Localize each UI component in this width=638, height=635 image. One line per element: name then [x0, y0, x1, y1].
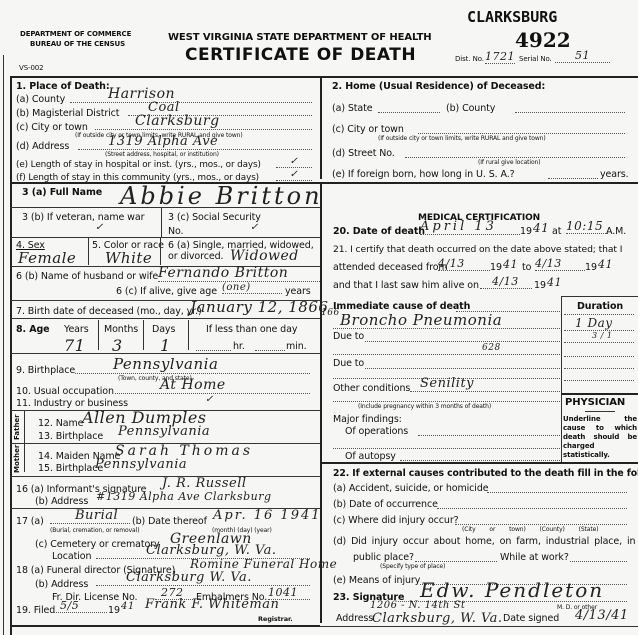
operations-field-2: [333, 448, 560, 449]
full-name-label: 3 (a) Full Name: [22, 187, 102, 198]
external-heading: 22. If external causes contributed to th…: [333, 468, 638, 479]
where-field: [455, 524, 627, 525]
cause-line-4: [333, 401, 560, 402]
signature-address-label: Address: [336, 613, 373, 624]
birth-date-value: January 12, 1866: [190, 298, 328, 316]
bottom-left-divider: [10, 625, 320, 627]
age-label: 8. Age: [16, 324, 50, 335]
residence-city-label: (c) City or town: [332, 124, 404, 135]
informant-value: J. R. Russell: [162, 476, 247, 491]
occurrence-label: (b) Date of occurrence: [333, 499, 438, 510]
mother-side-label: Mother: [13, 445, 21, 473]
bottom-right-divider: [320, 626, 638, 627]
foreign-born-label: (e) If foreign born, how long in U. S. A…: [332, 169, 515, 180]
major-findings-label: Major findings:: [333, 414, 402, 425]
duration-heading: Duration: [577, 301, 623, 312]
burial-method-value: Burial: [50, 508, 130, 524]
occupation-label: 10. Usual occupation: [16, 386, 114, 397]
physician-heading: PHYSICIAN: [565, 397, 625, 408]
medical-divider: [320, 462, 638, 464]
due-to-2-label: Due to: [333, 358, 364, 369]
attended-from-year-prefix: 19: [490, 262, 502, 273]
state-department: WEST VIRGINIA STATE DEPARTMENT OF HEALTH: [168, 32, 432, 43]
stay-hospital-value: ✓: [276, 156, 312, 168]
section-1-divider: [10, 182, 638, 184]
address-label: (d) Address: [16, 141, 69, 152]
public-place-note: (Specify type of place): [380, 563, 445, 570]
veteran-value: ✓: [95, 222, 104, 233]
physician-box-top: [561, 393, 638, 395]
registrar-signature: Frank F. Whiteman: [145, 597, 279, 612]
veteran-ssn-divider: [161, 207, 162, 237]
cause-line-1: [333, 328, 560, 329]
left-border: [10, 78, 12, 635]
spouse-age-value: (one): [222, 282, 282, 294]
location-label: Location: [52, 551, 91, 562]
residence-state-label: (a) State: [332, 103, 373, 114]
due-to-2-field: [365, 368, 560, 369]
duration-box-border: [561, 296, 562, 462]
father-name-label: 12. Name: [38, 418, 83, 429]
ssn-no-label: No.: [168, 226, 183, 237]
district-number: 1721: [485, 50, 515, 64]
father-side-label: Father: [13, 412, 21, 440]
registrar-label: Registrar.: [258, 615, 293, 623]
mother-birthplace-label: 15. Birthplace: [38, 463, 103, 474]
residence-city-field: [418, 133, 625, 134]
residence-county-label: (b) County: [446, 103, 495, 114]
immediate-cause-value: Broncho Pneumonia: [340, 311, 502, 329]
residence-street-label: (d) Street No.: [332, 148, 395, 159]
age-hr-field: [196, 350, 231, 351]
at-work-label: While at work?: [500, 552, 569, 563]
outer-left-border: [3, 55, 4, 635]
signature-address-value-2: Clarksburg, W. Va.: [372, 611, 503, 626]
serial-number: 51: [555, 49, 610, 63]
operations-label: Of operations: [345, 426, 408, 437]
attended-to-label: to: [522, 262, 531, 273]
residence-heading: 2. Home (Usual Residence) of Deceased:: [332, 81, 545, 92]
public-place-label: public place?: [353, 552, 414, 563]
funeral-director-value: Romine Funeral Home: [190, 557, 337, 571]
residence-street-note: (If rural give location): [478, 159, 541, 166]
birth-divider: [10, 318, 320, 319]
father-birthplace-label: 13. Birthplace: [38, 431, 103, 442]
pregnancy-note: (Include pregnancy within 3 months of de…: [358, 403, 491, 410]
physician-note: Underline the cause to which death shoul…: [563, 415, 637, 460]
accident-label: (a) Accident, suicide, or homicide: [333, 483, 489, 494]
sex-value: Female: [18, 249, 76, 267]
due-to-1-field: [365, 341, 560, 342]
death-time-suffix: A.M.: [606, 226, 626, 237]
cause-line-2: [333, 354, 560, 355]
address-value: 1319 Alpha Ave: [78, 134, 312, 150]
duration-line-3: [564, 342, 634, 343]
age-months-label: Months: [104, 324, 138, 335]
parents-side-divider: [24, 410, 25, 472]
due-to-1-label: Due to: [333, 331, 364, 342]
death-date-value: April 13: [420, 219, 520, 235]
director-address-value: Clarksburg W. Va.: [96, 570, 310, 586]
age-less-label: If less than one day: [206, 324, 297, 335]
age-days-label: Days: [152, 324, 175, 335]
duration-value-2: 3 / 1: [592, 331, 612, 340]
death-certificate: DEPARTMENT OF COMMERCE BUREAU OF THE CEN…: [0, 0, 638, 635]
page-title: CERTIFICATE OF DEATH: [185, 45, 416, 65]
name-divider: [10, 207, 320, 208]
accident-field: [487, 492, 627, 493]
attended-from-year: 41: [503, 258, 518, 271]
at-work-field: [570, 561, 627, 562]
section-divider: [320, 77, 322, 179]
age-hr-label: hr.: [233, 341, 245, 352]
race-value: White: [105, 249, 152, 267]
where-note: (City or town) (County) (State): [462, 526, 598, 533]
duration-value: 1 Day: [575, 316, 613, 330]
stay-community-value: ✓: [276, 169, 312, 181]
margin-note: 166: [321, 308, 340, 318]
occurrence-field: [437, 508, 627, 509]
physician-underline: [585, 411, 615, 412]
place-label: (d) Did injury occur about home, on farm…: [333, 536, 635, 547]
occupation-value: At Home: [115, 377, 310, 394]
main-column-divider: [320, 183, 322, 623]
last-seen-year-prefix: 19: [534, 280, 546, 291]
burial-date-label: (b) Date thereof: [132, 516, 207, 527]
foreign-born-suffix: years.: [600, 169, 629, 180]
county-label: (a) County: [16, 94, 65, 105]
duration-line-1: [564, 314, 634, 315]
burial-method-label: 17 (a): [16, 516, 44, 527]
duration-line-6: [564, 380, 634, 381]
residence-county-field: [515, 112, 625, 113]
age-months-divider: [143, 320, 144, 350]
residence-city-note: (If outside city or town limits, write R…: [378, 135, 546, 142]
spouse-age-suffix: years: [285, 286, 311, 297]
age-min-label: min.: [286, 341, 307, 352]
age-divider: [10, 353, 320, 354]
marital-value: Widowed: [230, 248, 299, 264]
birthplace-value: Pennsylvania: [75, 355, 310, 374]
death-year-value: 41: [533, 221, 549, 235]
duration-line-4: [564, 356, 634, 357]
spouse-value: Fernando Britton: [158, 265, 320, 282]
last-seen-label: and that I last saw him alive on: [333, 280, 479, 291]
age-min-field: [255, 350, 285, 351]
filed-year-value: 41: [121, 601, 135, 612]
public-place-field: [415, 561, 497, 562]
age-years-divider: [98, 320, 99, 350]
birth-date-label: 7. Birth date of deceased (mo., day, yr.…: [16, 306, 202, 317]
foreign-born-field: [548, 178, 598, 179]
signature-value: Edw. Pendleton: [420, 578, 604, 602]
duration-line-5: [564, 368, 634, 369]
last-seen-value: 4/13: [480, 275, 532, 289]
spouse-age-label: 6 (c) If alive, give age: [116, 286, 217, 297]
attended-label: attended deceased from: [333, 262, 448, 273]
birthplace-label: 9. Birthplace: [16, 365, 75, 376]
residence-state-field: [378, 112, 440, 113]
header-divider: [10, 76, 638, 78]
age-days-divider: [188, 320, 189, 350]
informant-address-value: #1319 Alpha Ave Clarksburg: [96, 490, 272, 503]
filed-year-prefix: 19: [108, 605, 120, 616]
attended-to-year: 41: [598, 258, 613, 271]
death-year-prefix: 19: [520, 226, 532, 237]
serial-label: Serial No.: [519, 55, 552, 63]
attended-to-year-prefix: 19: [585, 262, 597, 273]
race-marital-divider: [160, 237, 161, 265]
certify-text: 21. I certify that death occurred on the…: [333, 244, 622, 255]
spouse-label: 6 (b) Name of husband or wife: [16, 271, 158, 282]
veteran-label: 3 (b) If veteran, name war: [22, 212, 144, 223]
address-note: (Street address, hospital, or institutio…: [105, 151, 219, 158]
agency-line-2: BUREAU OF THE CENSUS: [30, 40, 125, 48]
burial-date-value: Apr. 16 1941: [213, 508, 322, 523]
veteran-divider: [10, 237, 320, 238]
sex-race-divider: [88, 237, 89, 265]
means-label: (e) Means of injury: [333, 575, 420, 586]
operations-field: [418, 435, 560, 436]
mother-birthplace-value: Pennsylvania: [95, 457, 187, 472]
filed-label: 19. Filed: [16, 605, 55, 616]
date-signed-label: Date signed: [503, 613, 559, 624]
where-label: (c) Where did injury occur?: [333, 515, 459, 526]
duration-box-top: [561, 296, 638, 297]
industry-value: ✓: [205, 394, 214, 405]
ssn-label: 3 (c) Social Security: [168, 212, 261, 223]
full-name-value: Abbie Britton: [120, 182, 323, 210]
death-time-value: 10:15: [566, 219, 608, 234]
autopsy-label: Of autopsy: [345, 451, 396, 462]
age-years-label: Years: [64, 324, 89, 335]
date-signed-value: 4/13/41: [575, 608, 629, 623]
informant-address-label: (b) Address: [35, 496, 88, 507]
city-value: Clarksburg: [95, 113, 312, 130]
burial-method-note: (Burial, cremation, or removal): [50, 527, 139, 534]
cause-code: 628: [482, 343, 501, 353]
district-label: Dist. No.: [455, 55, 484, 63]
filed-value: 5/5: [52, 599, 107, 613]
stay-hospital-label: (e) Length of stay in hospital or inst. …: [16, 160, 261, 170]
agency-line-1: DEPARTMENT OF COMMERCE: [20, 30, 131, 38]
other-conditions-value: Senility: [410, 376, 560, 392]
death-date-label: 20. Date of death: [333, 226, 425, 237]
director-address-label: (b) Address: [35, 579, 88, 590]
attended-to-value: 4/13: [535, 257, 585, 271]
attended-from-value: 4/13: [438, 257, 490, 271]
other-conditions-label: Other conditions: [333, 383, 410, 394]
form-number: VS-002: [19, 64, 44, 72]
residence-street-field: [405, 157, 625, 158]
signature-address-value: 1206 - N. 14th St: [370, 600, 465, 611]
death-time-label: at: [552, 226, 561, 237]
father-birthplace-value: Pennsylvania: [118, 424, 210, 439]
stamp-city: CLARKSBURG: [467, 8, 557, 26]
autopsy-field: [400, 460, 560, 461]
ssn-value: ✓: [250, 222, 259, 233]
last-seen-year: 41: [547, 276, 562, 289]
